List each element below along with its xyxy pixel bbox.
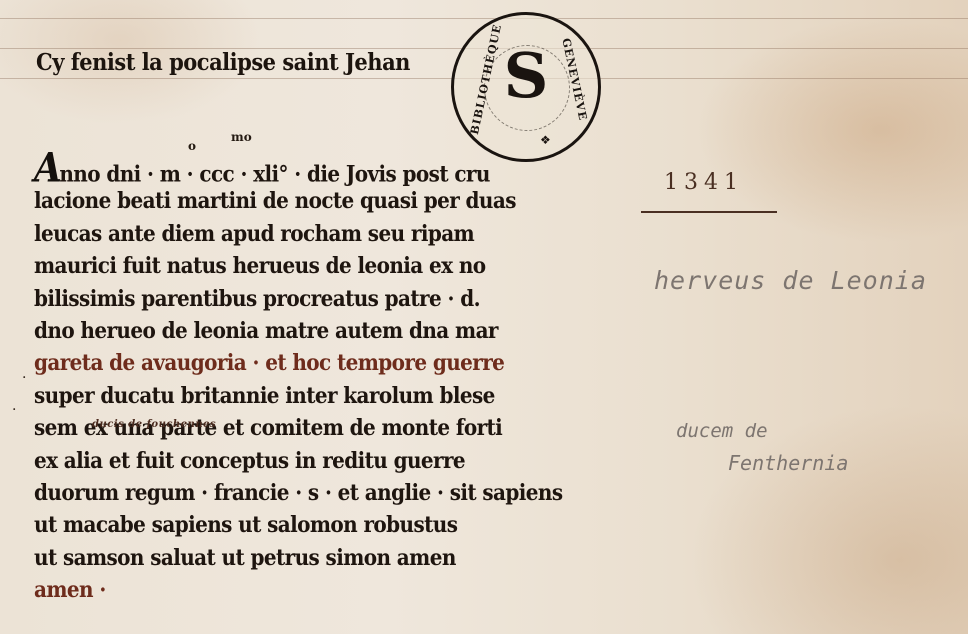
marginal-note-line2: Fenthernia xyxy=(728,451,848,475)
text-line: dno herueo de leonia matre autem dna mar xyxy=(34,312,544,348)
text-line: duorum regum · francie · s · et anglie ·… xyxy=(34,474,544,510)
text-line: amen · xyxy=(34,571,544,607)
marginal-date: 1341 xyxy=(664,170,744,195)
library-stamp: S BIBLIOTHÈQUE GENEVIÈVE ❖ xyxy=(451,12,601,162)
marginal-name-note: herveus de Leonia xyxy=(654,266,927,295)
text-line: maurici fuit natus herueus de leonia ex … xyxy=(34,247,544,283)
text-line: ex alia et fuit conceptus in reditu guer… xyxy=(34,442,544,478)
text-line: gareta de avaugoria · et hoc tempore gue… xyxy=(34,344,544,380)
superscript: mo xyxy=(231,130,252,144)
manuscript-page: Cy fenist la pocalipse saint Jehan S BIB… xyxy=(0,0,968,634)
text-line: ut macabe sapiens ut salomon robustus xyxy=(34,506,544,542)
manuscript-body: Anno dni · m · ccc · xli° · die Jovis po… xyxy=(34,152,544,605)
text-line: ut samson saluat ut petrus simon amen xyxy=(34,539,544,575)
interlinear-gloss: ducis de fouchennes xyxy=(92,419,216,430)
date-underline xyxy=(641,211,777,213)
text-line: bilissimis parentibus procreatus patre ·… xyxy=(34,280,544,316)
decorated-initial: A xyxy=(34,150,61,186)
text-line: super ducatu britannie inter karolum ble… xyxy=(34,377,544,413)
text-line: leucas ante diem apud rocham seu ripam xyxy=(34,215,544,251)
ruling-line xyxy=(0,18,968,19)
text-line: lacione beati martini de nocte quasi per… xyxy=(34,182,544,218)
marginal-note-line1: ducem de xyxy=(676,420,768,442)
text-line: Anno dni · m · ccc · xli° · die Jovis po… xyxy=(34,150,544,186)
margin-dot: · xyxy=(22,370,26,386)
manuscript-heading: Cy fenist la pocalipse saint Jehan xyxy=(36,48,410,76)
stamp-ornament-icon: ❖ xyxy=(540,133,551,147)
margin-dot: · xyxy=(12,402,16,418)
